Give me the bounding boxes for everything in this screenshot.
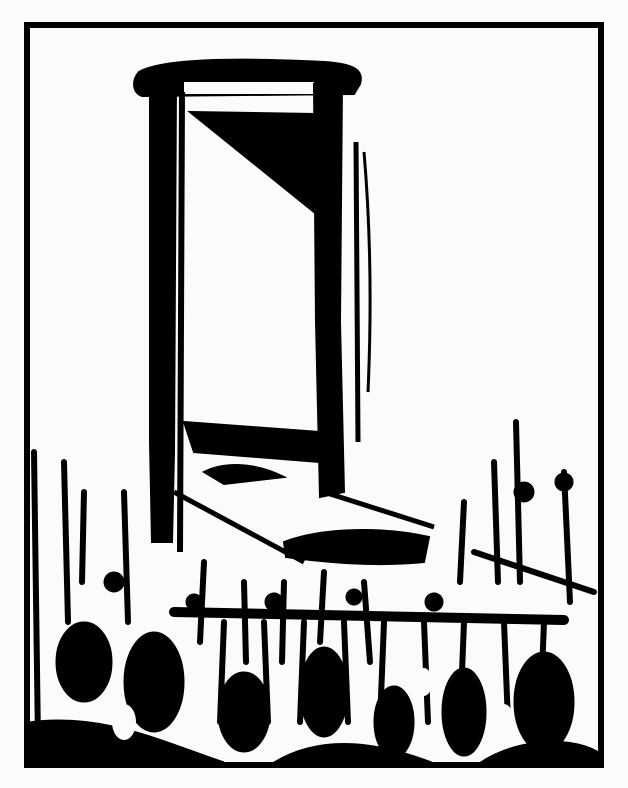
guillotine-sketch	[24, 22, 604, 768]
sketch-frame: Ink sketch of a guillotine on a scaffold…	[24, 22, 604, 768]
